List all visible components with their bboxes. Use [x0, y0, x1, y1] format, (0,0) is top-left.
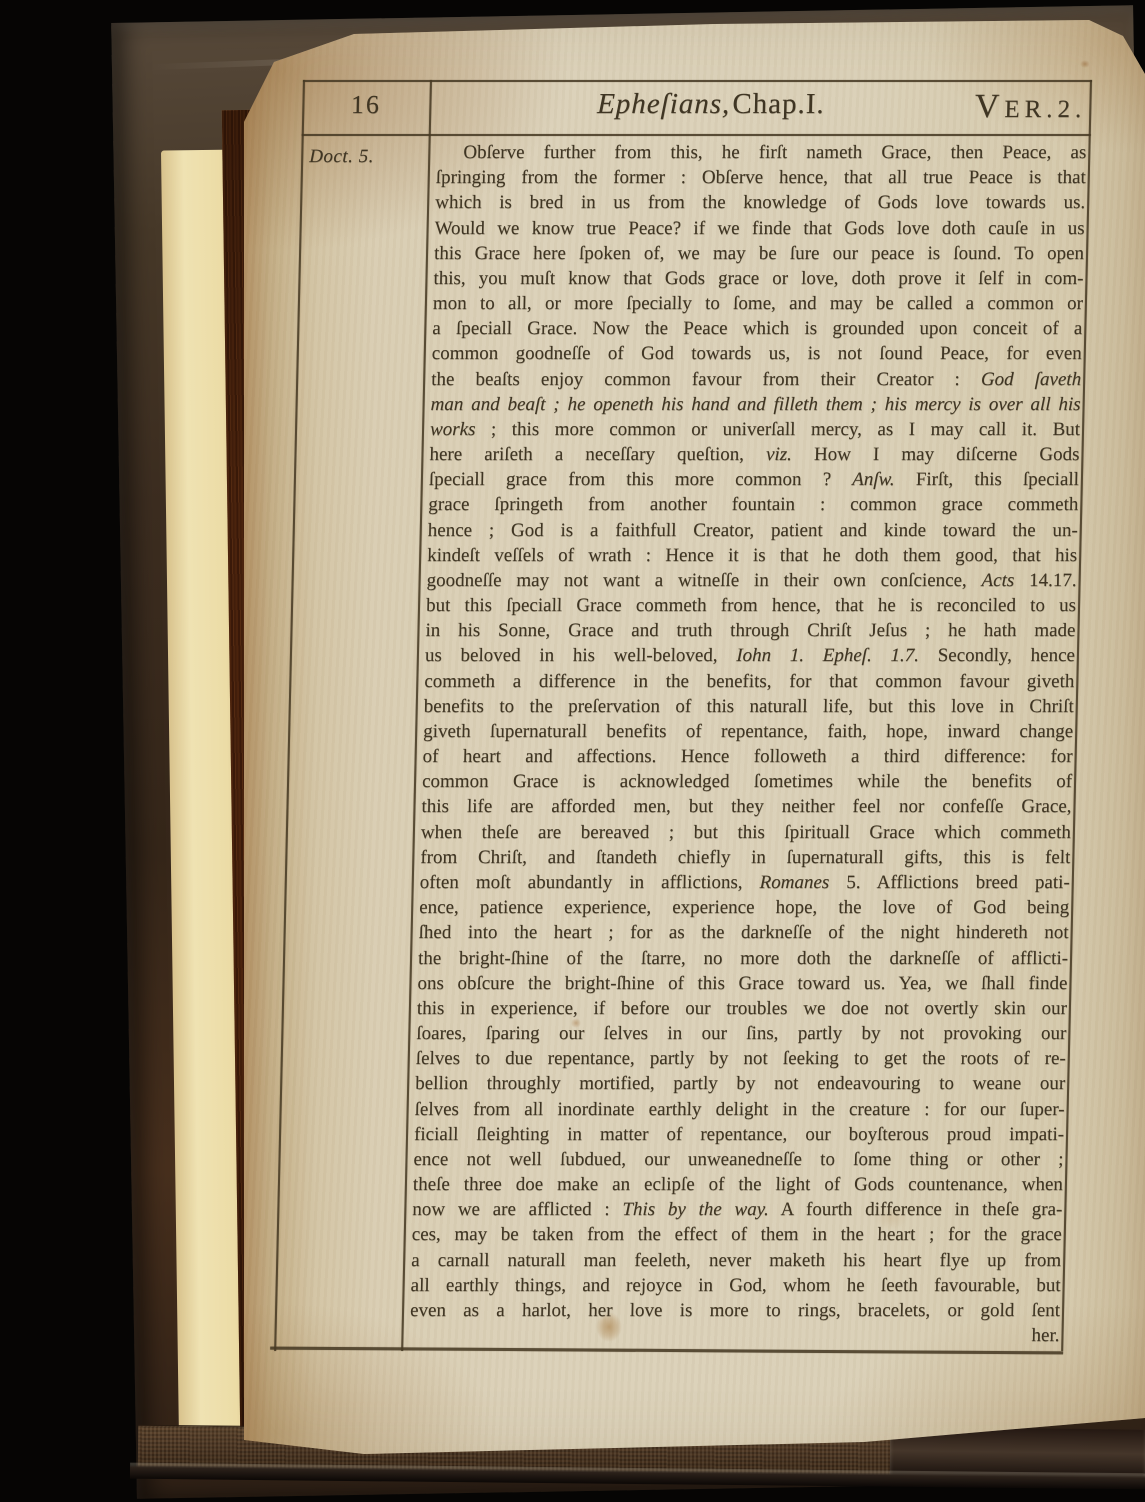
body-line: mon to all, or more ſpecially to ſome, a…	[433, 291, 1084, 316]
body-line: the bright-ſhine of the ſtarre, no more …	[418, 946, 1069, 971]
body-text: Obſerve further from this, he firſt name…	[409, 140, 1086, 1348]
body-line: this in experience, if before our troubl…	[417, 996, 1068, 1021]
body-line: ence, patience experience, experience ho…	[419, 895, 1070, 920]
body-line: hence ; God is a faithfull Creator, pati…	[427, 518, 1078, 543]
running-title-chapter: Chap.I.	[732, 88, 825, 120]
body-line: ſoares, ſparing our ſelves in our ſins, …	[416, 1021, 1067, 1046]
body-line: ſpringing from the former : Obſerve henc…	[435, 165, 1086, 190]
body-line: now we are afflicted : This by the way. …	[412, 1197, 1063, 1222]
body-line: in his Sonne, Grace and truth through Ch…	[425, 618, 1076, 643]
verse-label: VER.2.	[939, 88, 1087, 126]
body-line: ence not well ſubdued, our unweanedneſſe…	[413, 1147, 1064, 1172]
body-line: kindeſt veſſels of wrath : Hence it is t…	[427, 543, 1078, 568]
body-line: Obſerve further from this, he firſt name…	[436, 140, 1087, 165]
body-line: ſpeciall grace from this more common ? A…	[429, 467, 1080, 492]
body-line: a ſpeciall Grace. Now the Peace which is…	[432, 316, 1083, 341]
body-line: Would we know true Peace? if we finde th…	[434, 216, 1085, 241]
body-line: works ; this more common or univerſall m…	[430, 417, 1081, 442]
body-line: ſhed into the heart ; for as the darkneſ…	[418, 920, 1069, 945]
body-line: theſe three doe make an eclipſe of the l…	[413, 1172, 1064, 1197]
body-line: even as a harlot, her love is more to ri…	[410, 1298, 1061, 1323]
frame-rule-top	[303, 80, 1092, 82]
body-line: a carnall naturall man feeleth, never ma…	[411, 1248, 1062, 1273]
body-line: goodneſſe may not want a witneſſe in the…	[426, 568, 1077, 593]
body-line: when theſe are bereaved ; but this ſpiri…	[421, 820, 1072, 845]
body-line: this life are afforded men, but they nei…	[421, 794, 1072, 819]
margin-doctrine-note: Doct. 5.	[309, 146, 374, 168]
body-line: this Grace here ſpoken of, we may be ſur…	[434, 241, 1085, 266]
body-line: ces, may be taken from the effect of the…	[412, 1222, 1063, 1247]
body-line: of heart and affections. Hence followeth…	[422, 744, 1073, 769]
body-line: common goodneſſe of God towards us, is n…	[431, 341, 1082, 366]
body-line: the beaſts enjoy common favour from thei…	[431, 367, 1082, 392]
body-line: grace ſpringeth from another fountain : …	[428, 492, 1079, 517]
body-line: this, you muſt know that Gods grace or l…	[433, 266, 1084, 291]
body-line: here ariſeth a neceſſary queſtion, viz. …	[429, 442, 1080, 467]
body-line: which is bred in us from the knowledge o…	[435, 190, 1086, 215]
text-frame: 16 Epheſians,Chap.I. VER.2. Doct. 5. Obſ…	[0, 0, 1145, 1502]
body-line: bellion throughly mortified, partly by n…	[415, 1071, 1066, 1096]
body-line: all earthly things, and rejoyce in God, …	[410, 1273, 1061, 1298]
body-line: often moſt abundantly in afflictions, Ro…	[420, 870, 1071, 895]
body-line: ficiall ſleighting in matter of repentan…	[414, 1122, 1065, 1147]
body-line: from Chriſt, and ſtandeth chiefly in ſup…	[420, 845, 1071, 870]
body-line: us beloved in his well-beloved, Iohn 1. …	[425, 643, 1076, 668]
body-line: but this ſpeciall Grace commeth from hen…	[426, 593, 1077, 618]
catchword: her.	[409, 1323, 1060, 1348]
body-line: giveth ſupernaturall benefits of repenta…	[423, 719, 1074, 744]
body-line: commeth a difference in the benefits, fo…	[424, 669, 1075, 694]
body-line: ſelves to due repentance, partly by not …	[416, 1046, 1067, 1071]
body-line: benefits to the preſervation of this nat…	[424, 694, 1075, 719]
body-line: ons obſcure the bright-ſhine of this Gra…	[417, 971, 1068, 996]
frame-rule-left	[274, 80, 305, 1351]
running-title-book: Epheſians,	[597, 88, 731, 120]
body-line: common Grace is acknowledged ſometimes w…	[422, 769, 1073, 794]
body-line: man and beaſt ; he openeth his hand and …	[430, 392, 1081, 417]
body-line: ſelves from all inordinate earthly delig…	[414, 1097, 1065, 1122]
frame-rule-under-header	[302, 134, 1091, 136]
